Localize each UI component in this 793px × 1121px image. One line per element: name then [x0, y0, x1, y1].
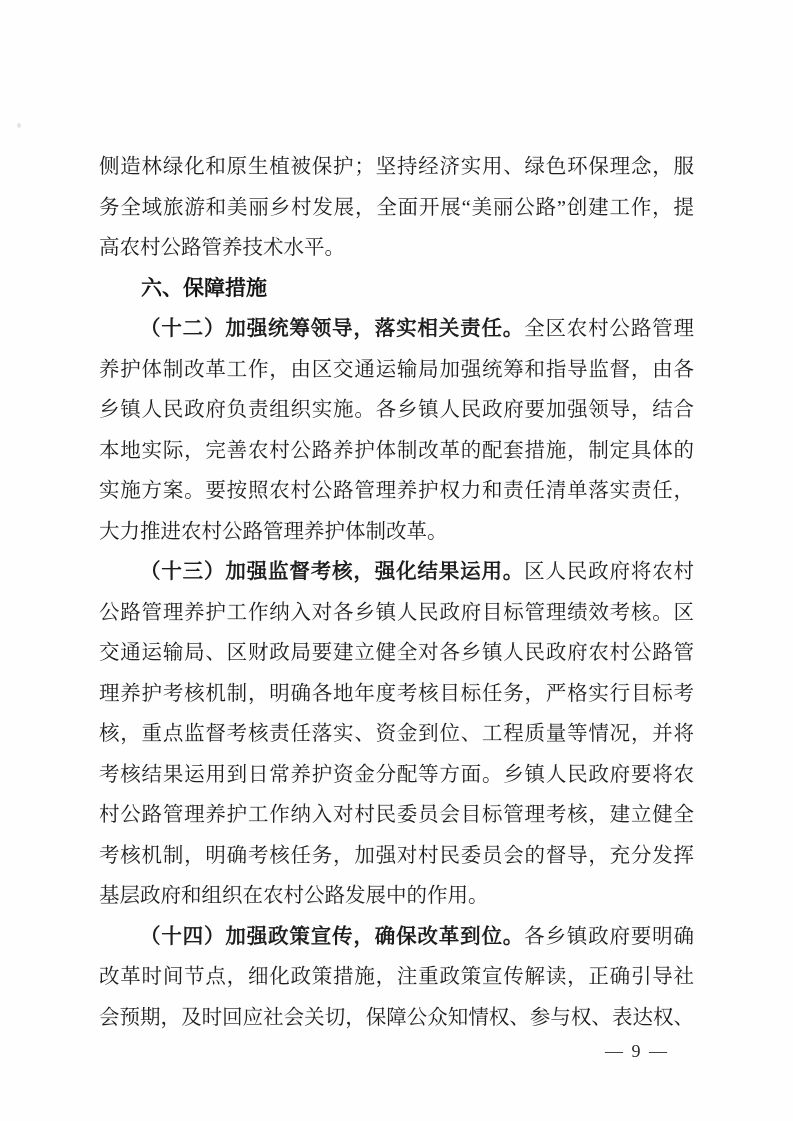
document-page: 侧造林绿化和原生植被保护；坚持经济实用、绿色环保理念，服 务全域旅游和美丽乡村发…	[0, 0, 793, 1121]
clause-13-lead: （十三）加强监督考核，强化结果运用。	[140, 561, 524, 583]
clause-13-first-line: （十三）加强监督考核，强化结果运用。区人民政府将农村	[99, 552, 694, 593]
body-line: 乡镇人民政府负责组织实施。各乡镇人民政府要加强领导，结合	[99, 390, 694, 431]
section-heading: 六、保障措施	[99, 269, 694, 310]
body-line: 考核结果运用到日常养护资金分配等方面。乡镇人民政府要将农	[99, 755, 694, 796]
body-line: 基层政府和组织在农村公路发展中的作用。	[99, 876, 694, 917]
body-line: 村公路管理养护工作纳入对村民委员会目标管理考核，建立健全	[99, 795, 694, 836]
body-line: 交通运输局、区财政局要建立健全对各乡镇人民政府农村公路管	[99, 633, 694, 674]
body-line: 考核机制，明确考核任务，加强对村民委员会的督导，充分发挥	[99, 836, 694, 877]
body-line: 改革时间节点，细化政策措施，注重政策宣传解读，正确引导社	[99, 957, 694, 998]
body-line: 会预期，及时回应社会关切，保障公众知情权、参与权、表达权、	[99, 998, 694, 1039]
document-body: 侧造林绿化和原生植被保护；坚持经济实用、绿色环保理念，服 务全域旅游和美丽乡村发…	[99, 147, 694, 1038]
clause-12-first-line: （十二）加强统筹领导，落实相关责任。全区农村公路管理	[99, 309, 694, 350]
clause-14-lead: （十四）加强政策宣传，确保改革到位。	[140, 926, 524, 948]
clause-13-first-text: 区人民政府将农村	[524, 561, 694, 583]
clause-12-first-text: 全区农村公路管理	[524, 318, 694, 340]
body-line: 核，重点监督考核责任落实、资金到位、工程质量等情况，并将	[99, 714, 694, 755]
body-line: 本地实际，完善农村公路养护体制改革的配套措施，制定具体的	[99, 431, 694, 472]
body-line: 理养护考核机制，明确各地年度考核目标任务，严格实行目标考	[99, 674, 694, 715]
clause-12-lead: （十二）加强统筹领导，落实相关责任。	[140, 318, 524, 340]
body-line: 养护体制改革工作，由区交通运输局加强统筹和指导监督，由各	[99, 350, 694, 391]
clause-14-first-text: 各乡镇政府要明确	[524, 926, 694, 948]
body-line: 实施方案。要按照农村公路管理养护权力和责任清单落实责任，	[99, 471, 694, 512]
clause-14-first-line: （十四）加强政策宣传，确保改革到位。各乡镇政府要明确	[99, 917, 694, 958]
scan-speck	[17, 123, 21, 128]
body-line: 侧造林绿化和原生植被保护；坚持经济实用、绿色环保理念，服	[99, 147, 694, 188]
body-line: 务全域旅游和美丽乡村发展，全面开展“美丽公路”创建工作，提	[99, 188, 694, 229]
page-number: — 9 —	[592, 1038, 682, 1064]
body-line: 大力推进农村公路管理养护体制改革。	[99, 512, 694, 553]
body-line: 高农村公路管养技术水平。	[99, 228, 694, 269]
body-line: 公路管理养护工作纳入对各乡镇人民政府目标管理绩效考核。区	[99, 593, 694, 634]
